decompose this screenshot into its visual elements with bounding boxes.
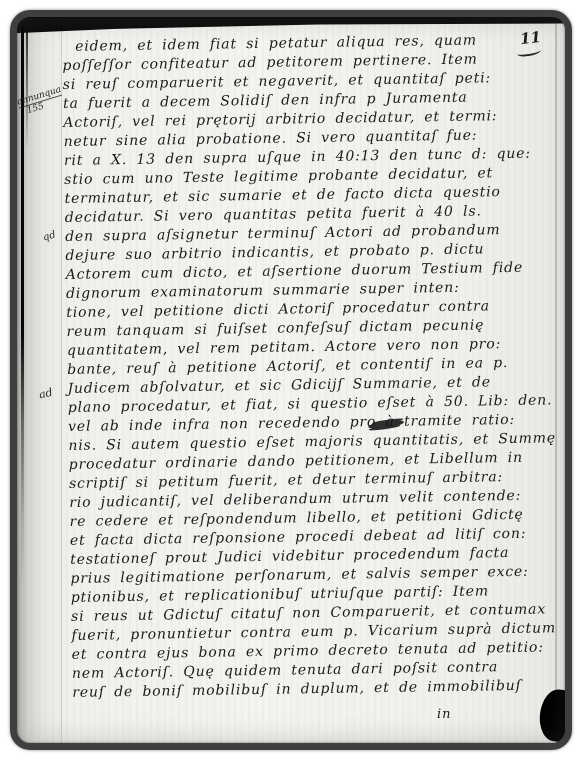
- scanned-manuscript-page: 11 annunqua 155 qd ad eidem, et idem fia…: [0, 0, 582, 760]
- photo-frame-border: [10, 10, 572, 750]
